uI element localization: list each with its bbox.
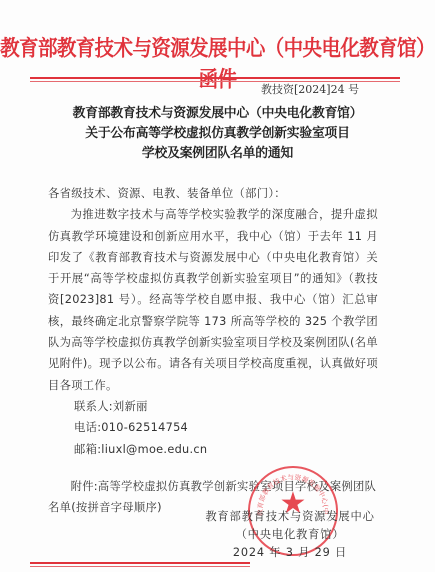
document-page: 教育部教育技术与资源发展中心（中央电化教育馆）函件 教技资[2024]24 号 …: [0, 0, 435, 572]
main-paragraph: 为推进数字技术与高等学校实验教学的深度融合，提升虚拟仿真教学环境建设和创新应用水…: [48, 204, 378, 396]
notice-title-line-2: 关于公布高等学校虚拟仿真教学创新实验室项目: [0, 124, 435, 144]
footer-thick-line: [30, 562, 250, 564]
salutation: 各省级技术、资源、电教、装备单位（部门）：: [48, 183, 378, 204]
divider-thick-line: [30, 77, 400, 79]
contact-person: 联系人:刘新丽: [48, 396, 378, 417]
letterhead-title: 教育部教育技术与资源发展中心（中央电化教育馆）函件: [0, 31, 435, 94]
footer-thin-line: [30, 566, 250, 567]
notice-title: 教育部教育技术与资源发展中心（中央电化教育馆） 关于公布高等学校虚拟仿真教学创新…: [0, 104, 435, 164]
footer-divider: [30, 562, 250, 567]
signature-block: 教育部教育技术与资源发展中心 （中央电化教育馆） 2024 年 3 月 29 日: [180, 508, 400, 562]
signature-org-line-2: （中央电化教育馆）: [180, 526, 400, 544]
signature-date: 2024 年 3 月 29 日: [180, 544, 400, 562]
contact-phone: 电话:010-62514754: [48, 417, 378, 438]
document-number: 教技资[2024]24 号: [261, 81, 359, 97]
contact-email: 邮箱:liuxl@moe.edu.cn: [48, 439, 378, 460]
notice-title-line-3: 学校及案例团队名单的通知: [0, 144, 435, 164]
signature-org-line-1: 教育部教育技术与资源发展中心: [180, 508, 400, 526]
notice-title-line-1: 教育部教育技术与资源发展中心（中央电化教育馆）: [0, 104, 435, 124]
